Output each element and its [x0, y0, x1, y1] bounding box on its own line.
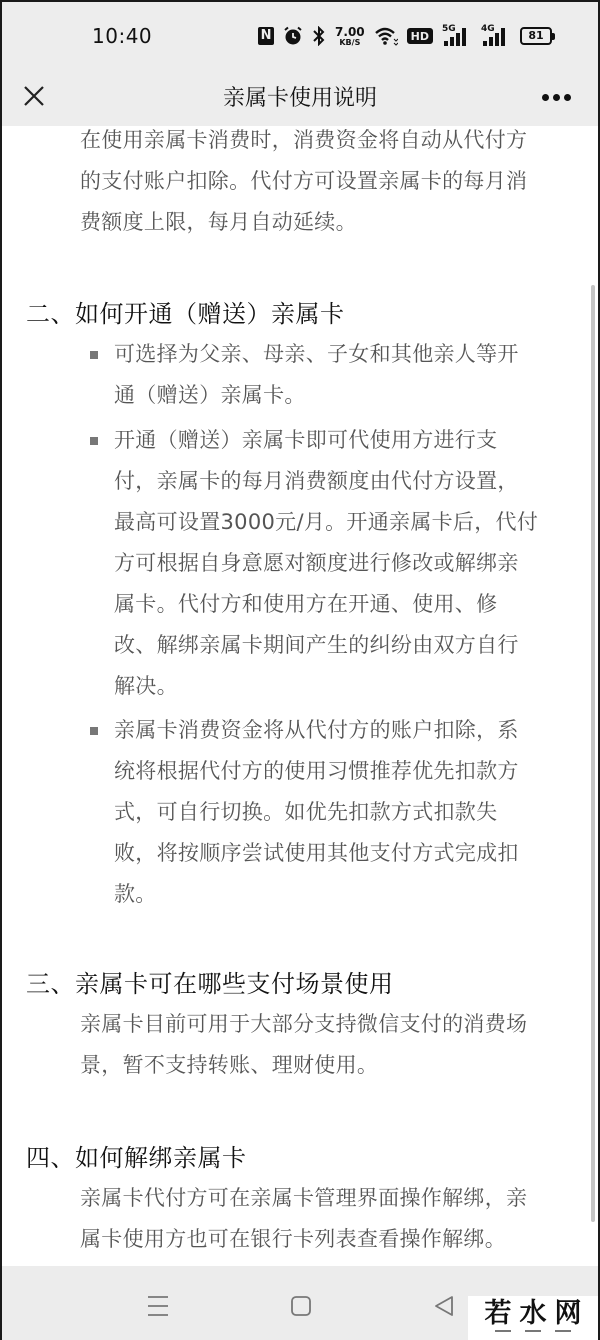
text-line: 在使用亲属卡消费时，消费资金将自动从代付方	[80, 126, 570, 161]
text-line: 亲属卡目前可用于大部分支持微信支付的消费场	[80, 1004, 570, 1045]
network-speed-unit: KB/S	[339, 38, 360, 47]
section-paragraph: 亲属卡代付方可在亲属卡管理界面操作解绑，亲 属卡使用方也可在银行卡列表查看操作解…	[80, 1178, 570, 1260]
intro-paragraph: 在使用亲属卡消费时，消费资金将自动从代付方 的支付账户扣除。代付方可设置亲属卡的…	[80, 126, 570, 243]
text-line: 的支付账户扣除。代付方可设置亲属卡的每月消	[80, 161, 570, 202]
section-heading-open: 二、如何开通（赠送）亲属卡	[26, 298, 345, 330]
recent-apps-button[interactable]	[140, 1288, 176, 1324]
text-line: 通（赠送）亲属卡。	[114, 375, 564, 416]
text-line: 付，亲属卡的每月消费额度由代付方设置，	[114, 461, 564, 502]
text-line: 方可根据自身意愿对额度进行修改或解绑亲	[114, 543, 564, 584]
section-paragraph: 亲属卡目前可用于大部分支持微信支付的消费场 景，暂不支持转账、理财使用。	[80, 1004, 570, 1086]
bluetooth-icon	[312, 26, 326, 46]
nfc-icon: N	[258, 27, 274, 45]
more-icon-dot	[564, 94, 571, 101]
text-line: 开通（赠送）亲属卡即可代使用方进行支	[114, 420, 564, 461]
menu-icon	[146, 1294, 170, 1318]
section-heading-unbind: 四、如何解绑亲属卡	[26, 1142, 247, 1174]
text-line: 景，暂不支持转账、理财使用。	[80, 1045, 570, 1086]
home-button[interactable]	[283, 1288, 319, 1324]
title-bar: 亲属卡使用说明	[2, 68, 598, 126]
watermark-text: 若水网	[477, 1296, 590, 1332]
status-bar: 10:40 N 7.00 KB/S	[2, 2, 598, 68]
bullet-icon	[90, 437, 98, 445]
text-line: 统将根据代付方的使用习惯推荐优先扣款方	[114, 751, 564, 792]
more-icon-dot	[553, 94, 560, 101]
network-speed-value: 7.00	[335, 26, 365, 38]
battery-icon: 81	[520, 27, 552, 45]
bullet-item: 开通（赠送）亲属卡即可代使用方进行支 付，亲属卡的每月消费额度由代付方设置， 最…	[114, 420, 564, 707]
5g-signal-icon: 5G	[442, 26, 472, 46]
bullet-icon	[90, 351, 98, 359]
article-content[interactable]: 在使用亲属卡消费时，消费资金将自动从代付方 的支付账户扣除。代付方可设置亲属卡的…	[2, 126, 598, 1266]
page-title: 亲属卡使用说明	[2, 81, 598, 112]
text-line: 解决。	[114, 666, 564, 707]
home-icon	[290, 1295, 312, 1317]
text-line: 改、解绑亲属卡期间产生的纠纷由双方自行	[114, 625, 564, 666]
text-line: 式，可自行切换。如优先扣款方式扣款失	[114, 792, 564, 833]
phone-screen: 10:40 N 7.00 KB/S	[0, 0, 600, 1340]
status-time: 10:40	[92, 24, 152, 48]
4g-signal-icon: 4G	[481, 26, 511, 46]
back-icon	[433, 1295, 455, 1317]
section-heading-scenarios: 三、亲属卡可在哪些支付场景使用	[26, 968, 394, 1000]
status-icons: N 7.00 KB/S	[258, 22, 552, 50]
text-line: 亲属卡代付方可在亲属卡管理界面操作解绑，亲	[80, 1178, 570, 1219]
back-button[interactable]	[426, 1288, 462, 1324]
more-button[interactable]	[536, 82, 576, 112]
bullet-item: 亲属卡消费资金将从代付方的账户扣除，系 统将根据代付方的使用习惯推荐优先扣款方 …	[114, 710, 564, 915]
text-line: 属卡使用方也可在银行卡列表查看操作解绑。	[80, 1219, 570, 1260]
text-line: 败，将按顺序尝试使用其他支付方式完成扣	[114, 833, 564, 874]
hd-icon: HD	[407, 28, 433, 44]
network-speed: 7.00 KB/S	[335, 26, 365, 47]
text-line: 最高可设置3000元/月。开通亲属卡后，代付	[114, 502, 564, 543]
scrollbar-thumb[interactable]	[591, 285, 595, 1222]
text-line: 可选择为父亲、母亲、子女和其他亲人等开	[114, 334, 564, 375]
bullet-icon	[90, 727, 98, 735]
wifi-icon	[374, 26, 398, 46]
text-line: 费额度上限，每月自动延续。	[80, 202, 570, 243]
text-line: 款。	[114, 874, 564, 915]
text-line: 属卡。代付方和使用方在开通、使用、修	[114, 584, 564, 625]
more-icon-dot	[542, 94, 549, 101]
alarm-icon	[283, 26, 303, 46]
watermark-subline	[495, 1330, 571, 1332]
bullet-item: 可选择为父亲、母亲、子女和其他亲人等开 通（赠送）亲属卡。	[114, 334, 564, 416]
watermark-logo: 若水网	[468, 1296, 598, 1340]
text-line: 亲属卡消费资金将从代付方的账户扣除，系	[114, 710, 564, 751]
